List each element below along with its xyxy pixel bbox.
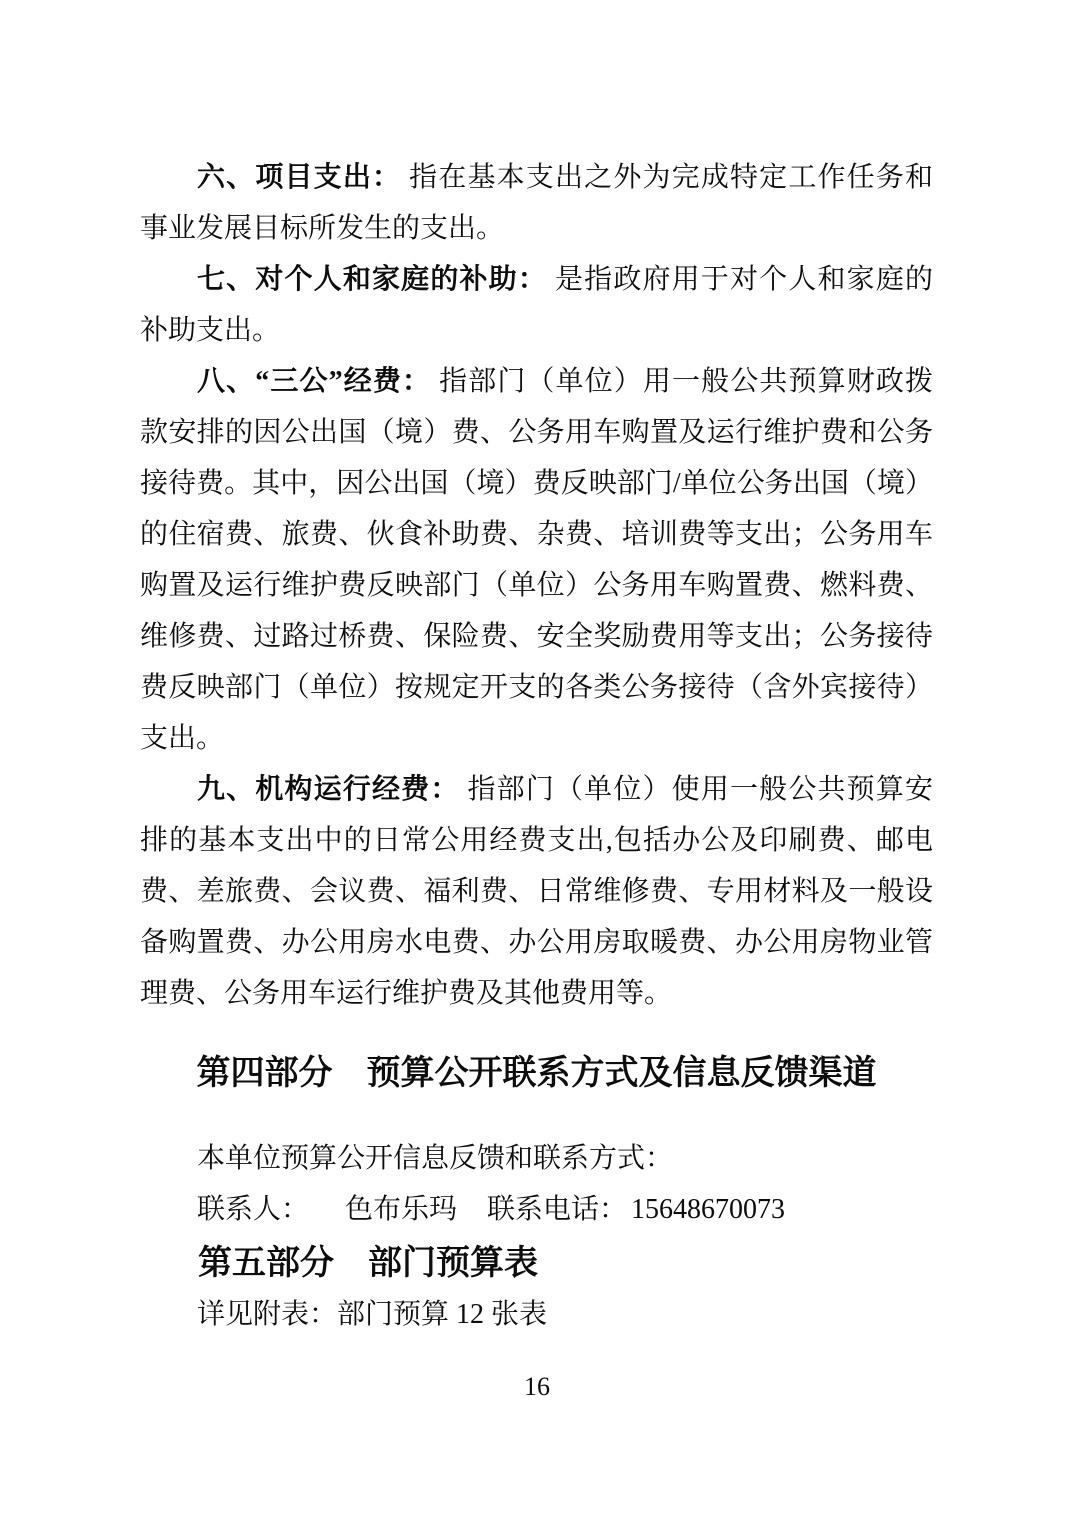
section4-heading: 第四部分 预算公开联系方式及信息反馈渠道 <box>140 1048 933 1099</box>
definition-paragraph-6: 六、项目支出：指在基本支出之外为完成特定工作任务和事业发展目标所发生的支出。 <box>140 152 933 254</box>
section5-note: 详见附表：部门预算 12 张表 <box>140 1289 933 1340</box>
page-number: 16 <box>0 1372 1074 1402</box>
definition-text: 指部门（单位）用一般公共预算财政拨款安排的因公出国（境）费、公务用车购置及运行维… <box>140 366 933 754</box>
contact-name: 色布乐玛 <box>345 1194 457 1225</box>
definition-paragraph-8: 八、“三公”经费：指部门（单位）用一般公共预算财政拨款安排的因公出国（境）费、公… <box>140 356 933 764</box>
section5-heading: 第五部分 部门预算表 <box>198 1238 933 1289</box>
definition-text: 指部门（单位）使用一般公共预算安排的基本支出中的日常公用经费支出,包括办公及印刷… <box>140 774 933 1009</box>
definition-paragraph-7: 七、对个人和家庭的补助：是指政府用于对个人和家庭的补助支出。 <box>140 254 933 356</box>
definition-term: 六、项目支出： <box>197 162 401 193</box>
contact-label: 联系人： <box>197 1194 309 1225</box>
definition-paragraph-9: 九、机构运行经费：指部门（单位）使用一般公共预算安排的基本支出中的日常公用经费支… <box>140 764 933 1019</box>
phone-number: 15648670073 <box>631 1194 785 1225</box>
phone-label: 联系电话： <box>487 1194 627 1225</box>
definition-term: 九、机构运行经费： <box>197 774 460 805</box>
document-page: { "document": { "page_number": "16", "de… <box>0 0 1074 1520</box>
page-body: 六、项目支出：指在基本支出之外为完成特定工作任务和事业发展目标所发生的支出。 七… <box>140 152 933 1340</box>
contact-line: 联系人：色布乐玛联系电话：15648670073 <box>140 1184 933 1235</box>
definition-term: 七、对个人和家庭的补助： <box>197 264 547 295</box>
section4-intro: 本单位预算公开信息反馈和联系方式： <box>140 1133 933 1184</box>
definition-term: 八、“三公”经费： <box>197 366 431 397</box>
